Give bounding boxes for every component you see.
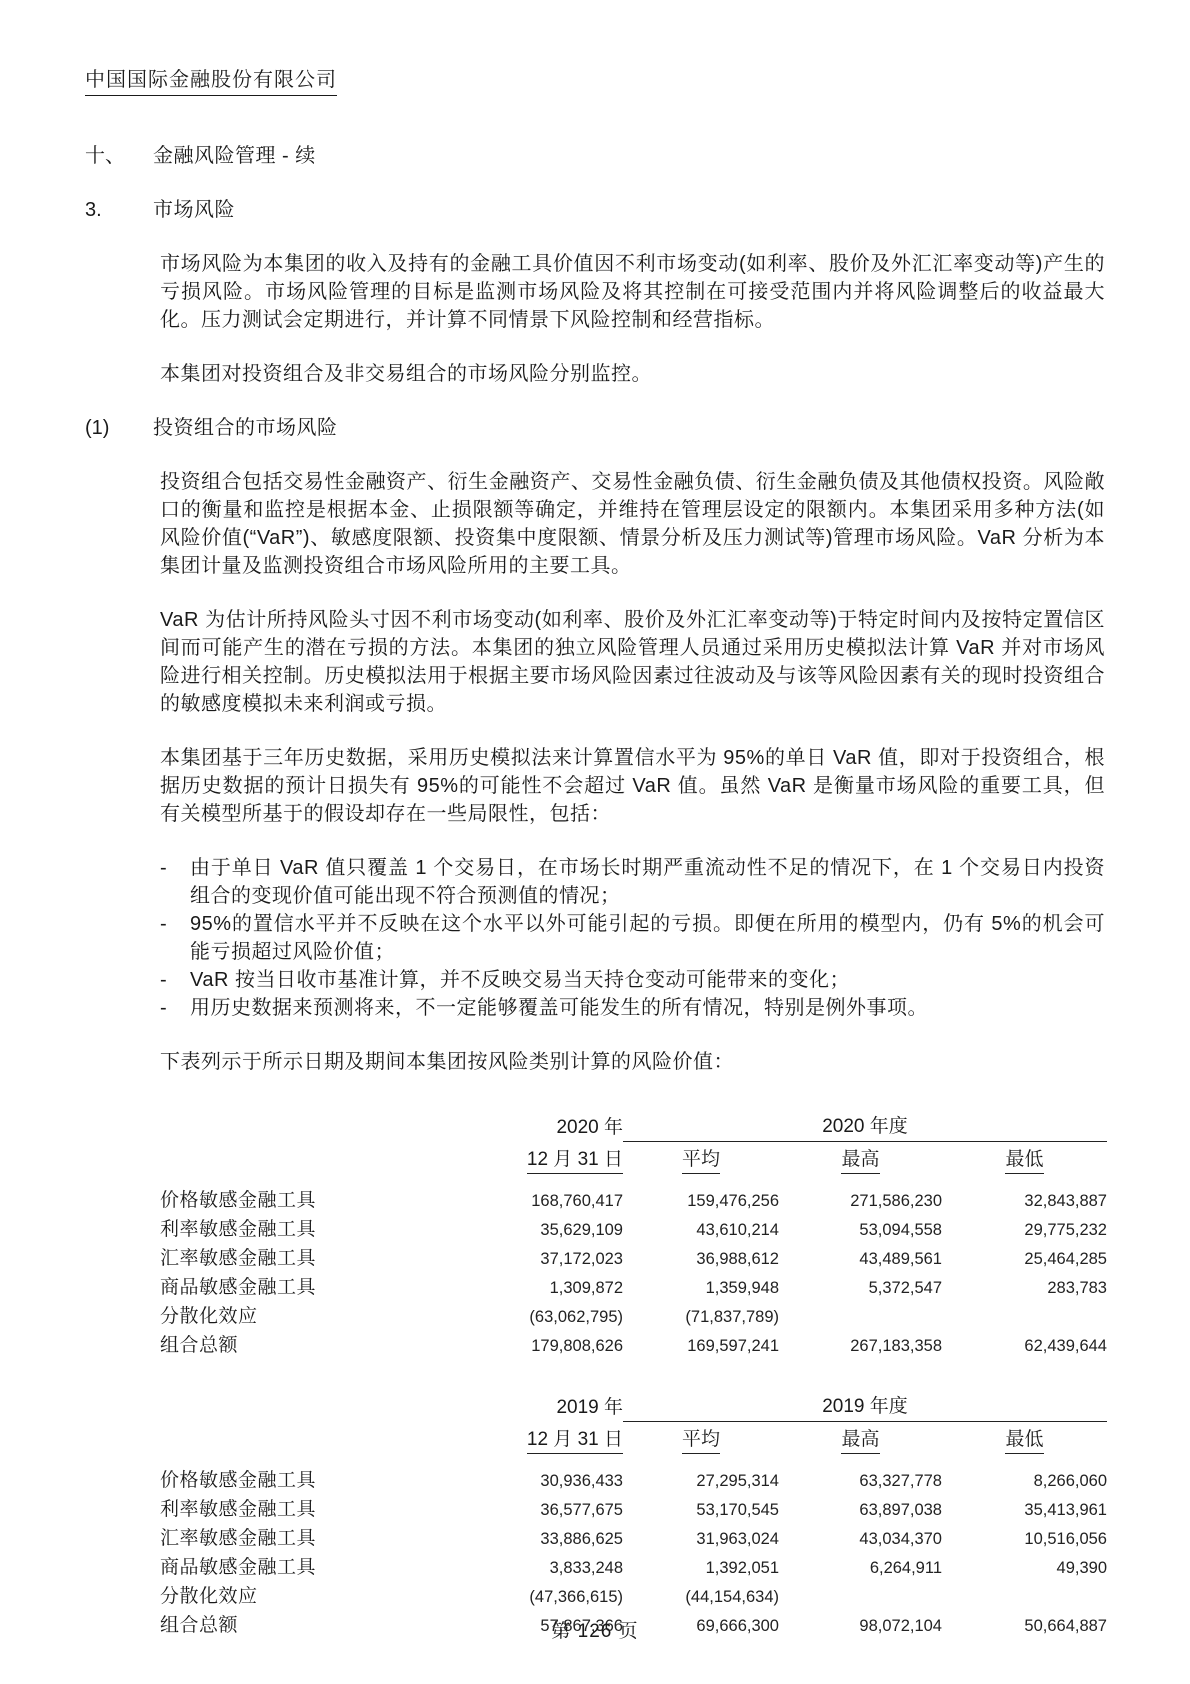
row-label: 利率敏感金融工具 (160, 1215, 412, 1244)
cell-value: 271,586,230 (779, 1186, 942, 1215)
header-spacer (160, 1392, 412, 1422)
row-label: 价格敏感金融工具 (160, 1186, 412, 1215)
cell-value: 283,783 (942, 1273, 1107, 1302)
cell-value: 33,886,625 (412, 1524, 623, 1553)
bullet-text: VaR 按当日收市基准计算，并不反映交易当天持仓变动可能带来的变化； (190, 966, 1105, 994)
header-spacer (160, 1422, 412, 1467)
bullet-dash: - (160, 966, 190, 994)
table-row: 利率敏感金融工具36,577,67553,170,54563,897,03835… (160, 1495, 1107, 1524)
header-spacer (160, 1142, 412, 1187)
cell-value: 3,833,248 (412, 1553, 623, 1582)
bullet-dash: - (160, 910, 190, 966)
column-header-label: 平均 (682, 1429, 720, 1454)
cell-value: 169,597,241 (623, 1331, 779, 1360)
column-header-highest: 最高 (779, 1422, 942, 1467)
cell-value: 159,476,256 (623, 1186, 779, 1215)
cell-value (779, 1582, 942, 1611)
cell-value: 8,266,060 (942, 1466, 1107, 1495)
row-label: 分散化效应 (160, 1582, 412, 1611)
table-row: 商品敏感金融工具1,309,8721,359,9485,372,547283,7… (160, 1273, 1107, 1302)
subsection-title: 市场风险 (153, 196, 1105, 224)
date-header-label: 12 月 31 日 (527, 1149, 623, 1174)
column-header-lowest: 最低 (942, 1142, 1107, 1187)
date-header: 12 月 31 日 (412, 1422, 623, 1467)
subsection-number: 3. (85, 196, 153, 224)
row-label: 汇率敏感金融工具 (160, 1244, 412, 1273)
column-header-label: 最高 (841, 1429, 879, 1454)
column-header-label: 最低 (1005, 1149, 1043, 1174)
column-header-label: 平均 (682, 1149, 720, 1174)
bullet-text: 由于单日 VaR 值只覆盖 1 个交易日，在市场长时期严重流动性不足的情况下，在… (190, 854, 1105, 910)
period-header: 2019 年度 (623, 1392, 1107, 1422)
cell-value: 5,372,547 (779, 1273, 942, 1302)
column-header-average: 平均 (623, 1142, 779, 1187)
row-label: 利率敏感金融工具 (160, 1495, 412, 1524)
cell-value: 36,577,675 (412, 1495, 623, 1524)
row-label: 组合总额 (160, 1331, 412, 1360)
row-label: 商品敏感金融工具 (160, 1273, 412, 1302)
cell-value: 35,413,961 (942, 1495, 1107, 1524)
subsection-heading: 3. 市场风险 (85, 196, 1105, 224)
cell-value: 1,359,948 (623, 1273, 779, 1302)
paragraph-var-confidence: 本集团基于三年历史数据，采用历史模拟法来计算置信水平为 95%的单日 VaR 值… (160, 744, 1105, 828)
cell-value: (71,837,789) (623, 1302, 779, 1331)
table-row: 分散化效应(47,366,615)(44,154,634) (160, 1582, 1107, 1611)
paragraph-portfolio: 投资组合包括交易性金融资产、衍生金融资产、交易性金融负债、衍生金融负债及其他债权… (160, 468, 1105, 580)
list-item: - 95%的置信水平并不反映在这个水平以外可能引起的亏损。即便在所用的模型内，仍… (160, 910, 1105, 966)
var-table-2020: 2020 年 2020 年度 12 月 31 日 平均 最高 最低 价格敏感金融… (160, 1112, 1107, 1360)
cell-value: 1,392,051 (623, 1553, 779, 1582)
cell-value: 1,309,872 (412, 1273, 623, 1302)
row-label: 商品敏感金融工具 (160, 1553, 412, 1582)
cell-value: 29,775,232 (942, 1215, 1107, 1244)
cell-value: 37,172,023 (412, 1244, 623, 1273)
table-header-row: 2020 年 2020 年度 (160, 1112, 1107, 1142)
cell-value: 43,489,561 (779, 1244, 942, 1273)
row-label: 汇率敏感金融工具 (160, 1524, 412, 1553)
cell-value (942, 1302, 1107, 1331)
cell-value: 36,988,612 (623, 1244, 779, 1273)
column-header-label: 最低 (1005, 1429, 1043, 1454)
table-row: 汇率敏感金融工具37,172,02336,988,61243,489,56125… (160, 1244, 1107, 1273)
paragraph-table-intro: 下表列示于所示日期及期间本集团按风险类别计算的风险价值： (160, 1048, 1105, 1076)
report-page: 中国国际金融股份有限公司 十、 金融风险管理 - 续 3. 市场风险 市场风险为… (0, 0, 1190, 1684)
cell-value: 168,760,417 (412, 1186, 623, 1215)
date-header-label: 12 月 31 日 (527, 1429, 623, 1454)
table-row: 分散化效应(63,062,795)(71,837,789) (160, 1302, 1107, 1331)
cell-value: (63,062,795) (412, 1302, 623, 1331)
table-row: 利率敏感金融工具35,629,10943,610,21453,094,55829… (160, 1215, 1107, 1244)
cell-value: 31,963,024 (623, 1524, 779, 1553)
cell-value: 32,843,887 (942, 1186, 1107, 1215)
cell-value: 63,327,778 (779, 1466, 942, 1495)
cell-value: 179,808,626 (412, 1331, 623, 1360)
date-header: 12 月 31 日 (412, 1142, 623, 1187)
table-row: 价格敏感金融工具168,760,417159,476,256271,586,23… (160, 1186, 1107, 1215)
cell-value (942, 1582, 1107, 1611)
bullet-dash: - (160, 994, 190, 1022)
item-heading: (1) 投资组合的市场风险 (85, 414, 1105, 442)
year-header: 2020 年 (412, 1112, 623, 1142)
item-number: (1) (85, 414, 153, 442)
cell-value (779, 1302, 942, 1331)
column-header-lowest: 最低 (942, 1422, 1107, 1467)
bullet-text: 95%的置信水平并不反映在这个水平以外可能引起的亏损。即便在所用的模型内，仍有 … (190, 910, 1105, 966)
section-heading: 十、 金融风险管理 - 续 (85, 142, 1105, 170)
cell-value: 10,516,056 (942, 1524, 1107, 1553)
bullet-dash: - (160, 854, 190, 910)
company-name: 中国国际金融股份有限公司 (85, 66, 337, 96)
cell-value: 62,439,644 (942, 1331, 1107, 1360)
cell-value: 53,094,558 (779, 1215, 942, 1244)
cell-value: 43,610,214 (623, 1215, 779, 1244)
var-table-2019: 2019 年 2019 年度 12 月 31 日 平均 最高 最低 价格敏感金融… (160, 1392, 1107, 1640)
cell-value: 267,183,358 (779, 1331, 942, 1360)
cell-value: 30,936,433 (412, 1466, 623, 1495)
table-row: 价格敏感金融工具30,936,43327,295,31463,327,7788,… (160, 1466, 1107, 1495)
section-number: 十、 (85, 142, 153, 170)
table-subheader-row: 12 月 31 日 平均 最高 最低 (160, 1422, 1107, 1467)
company-header: 中国国际金融股份有限公司 (85, 58, 1105, 96)
year-header: 2019 年 (412, 1392, 623, 1422)
table-row: 组合总额179,808,626169,597,241267,183,35862,… (160, 1331, 1107, 1360)
column-header-label: 最高 (841, 1149, 879, 1174)
table-body: 价格敏感金融工具30,936,43327,295,31463,327,7788,… (160, 1466, 1107, 1640)
cell-value: 53,170,545 (623, 1495, 779, 1524)
paragraph-market-risk: 市场风险为本集团的收入及持有的金融工具价值因不利市场变动(如利率、股价及外汇汇率… (160, 250, 1105, 334)
cell-value: 25,464,285 (942, 1244, 1107, 1273)
table-body: 价格敏感金融工具168,760,417159,476,256271,586,23… (160, 1186, 1107, 1360)
row-label: 分散化效应 (160, 1302, 412, 1331)
page-number: 第 126 页 (85, 1618, 1105, 1646)
column-header-average: 平均 (623, 1422, 779, 1467)
paragraph-var-method: VaR 为估计所持风险头寸因不利市场变动(如利率、股价及外汇汇率变动等)于特定时… (160, 606, 1105, 718)
limitations-list: - 由于单日 VaR 值只覆盖 1 个交易日，在市场长时期严重流动性不足的情况下… (160, 854, 1105, 1022)
column-header-highest: 最高 (779, 1142, 942, 1187)
table-header-row: 2019 年 2019 年度 (160, 1392, 1107, 1422)
list-item: - VaR 按当日收市基准计算，并不反映交易当天持仓变动可能带来的变化； (160, 966, 1105, 994)
item-title: 投资组合的市场风险 (153, 414, 1105, 442)
cell-value: 35,629,109 (412, 1215, 623, 1244)
period-header: 2020 年度 (623, 1112, 1107, 1142)
cell-value: 63,897,038 (779, 1495, 942, 1524)
cell-value: (47,366,615) (412, 1582, 623, 1611)
table-row: 商品敏感金融工具3,833,2481,392,0516,264,91149,39… (160, 1553, 1107, 1582)
cell-value: 49,390 (942, 1553, 1107, 1582)
list-item: - 由于单日 VaR 值只覆盖 1 个交易日，在市场长时期严重流动性不足的情况下… (160, 854, 1105, 910)
table-row: 汇率敏感金融工具33,886,62531,963,02443,034,37010… (160, 1524, 1107, 1553)
cell-value: 6,264,911 (779, 1553, 942, 1582)
table-subheader-row: 12 月 31 日 平均 最高 最低 (160, 1142, 1107, 1187)
list-item: - 用历史数据来预测将来，不一定能够覆盖可能发生的所有情况，特别是例外事项。 (160, 994, 1105, 1022)
paragraph-monitor: 本集团对投资组合及非交易组合的市场风险分别监控。 (160, 360, 1105, 388)
section-title: 金融风险管理 - 续 (153, 142, 1105, 170)
header-spacer (160, 1112, 412, 1142)
row-label: 价格敏感金融工具 (160, 1466, 412, 1495)
cell-value: 43,034,370 (779, 1524, 942, 1553)
bullet-text: 用历史数据来预测将来，不一定能够覆盖可能发生的所有情况，特别是例外事项。 (190, 994, 1105, 1022)
cell-value: (44,154,634) (623, 1582, 779, 1611)
cell-value: 27,295,314 (623, 1466, 779, 1495)
